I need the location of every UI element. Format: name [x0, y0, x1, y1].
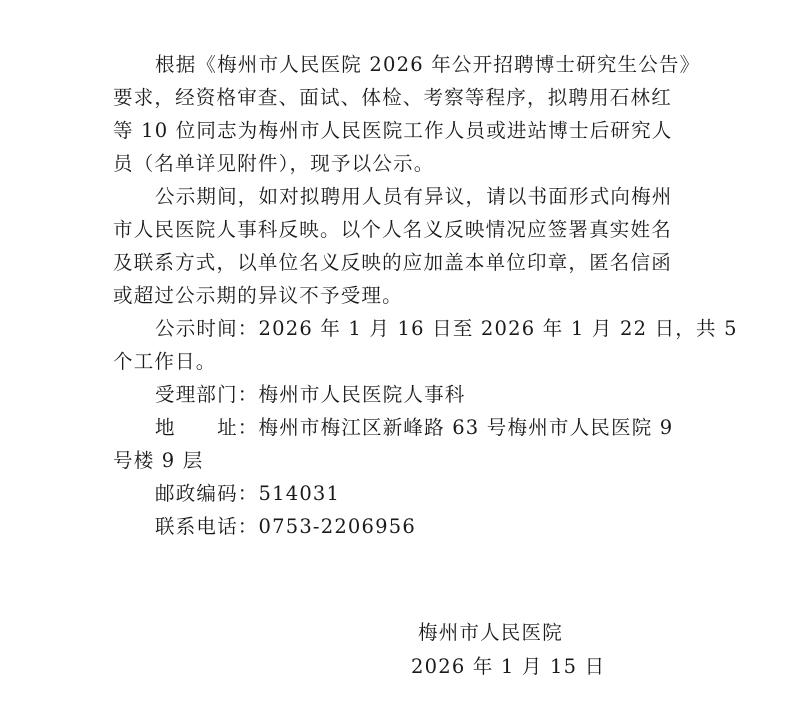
publicity-period-line-2: 个工作日。	[113, 345, 685, 378]
address-line-1: 地 址：梅州市梅江区新峰路 63 号梅州市人民医院 9	[113, 411, 685, 444]
publicity-period-line-1: 公示时间：2026 年 1 月 16 日至 2026 年 1 月 22 日，共 …	[113, 312, 685, 345]
announcement-body: 根据《梅州市人民医院 2026 年公开招聘博士研究生公告》 要求，经资格审查、面…	[113, 48, 685, 543]
phone-number: 联系电话：0753-2206956	[113, 510, 685, 543]
department: 受理部门：梅州市人民医院人事科	[113, 378, 685, 411]
postal-code: 邮政编码：514031	[113, 477, 685, 510]
paragraph-1-line-1: 根据《梅州市人民医院 2026 年公开招聘博士研究生公告》	[113, 48, 685, 81]
paragraph-2-line-1: 公示期间，如对拟聘用人员有异议，请以书面形式向梅州	[113, 180, 685, 213]
paragraph-1-line-4: 员（名单详见附件），现予以公示。	[113, 147, 685, 180]
paragraph-2-line-3: 及联系方式，以单位名义反映的应加盖本单位印章，匿名信函	[113, 246, 685, 279]
signature-date: 2026 年 1 月 15 日	[411, 651, 605, 679]
paragraph-1-line-2: 要求，经资格审查、面试、体检、考察等程序，拟聘用石林红	[113, 81, 685, 114]
paragraph-2-line-2: 市人民医院人事科反映。以个人名义反映情况应签署真实姓名	[113, 213, 685, 246]
paragraph-2-line-4: 或超过公示期的异议不予受理。	[113, 279, 685, 312]
signature-organization: 梅州市人民医院	[418, 617, 563, 645]
address-line-2: 号楼 9 层	[113, 444, 685, 477]
paragraph-1-line-3: 等 10 位同志为梅州市人民医院工作人员或进站博士后研究人	[113, 114, 685, 147]
